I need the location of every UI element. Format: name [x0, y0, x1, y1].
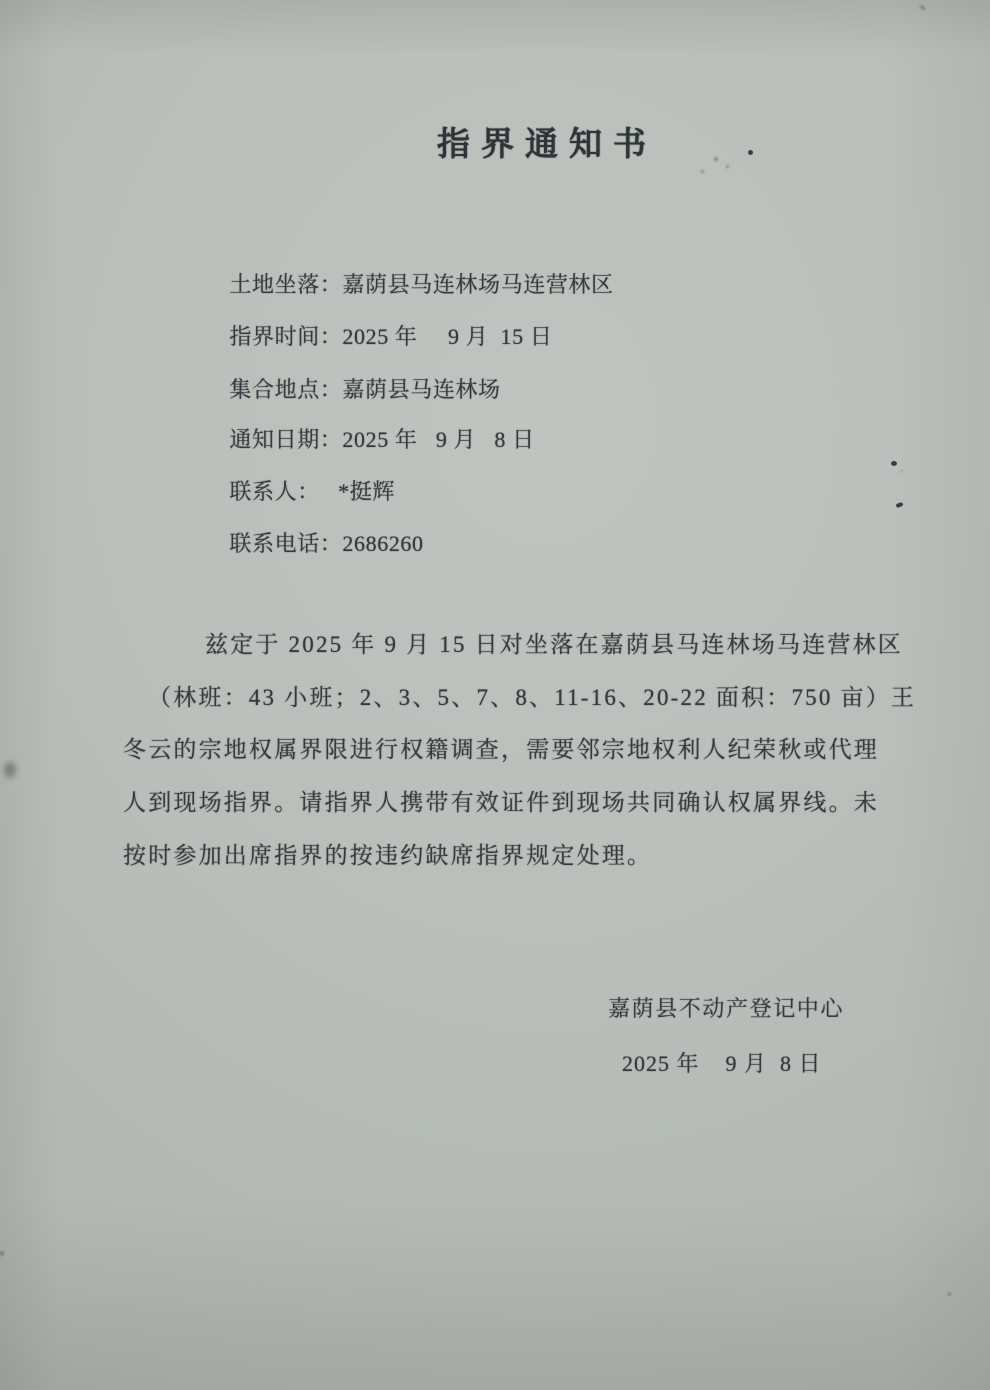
field-boundary-time-label: 指界时间：	[229, 324, 342, 349]
scanned-notice-page: 指界通知书 土地坐落：嘉荫县马连林场马连营林区 指界时间：2025 年 9 月 …	[0, 0, 990, 1390]
ink-speck	[891, 461, 897, 466]
field-boundary-time: 指界时间：2025 年 9 月 15 日	[205, 294, 552, 324]
body-line-4: 人到现场指界。请指界人携带有效证件到现场共同确认权属界线。未	[123, 784, 879, 817]
body-line-3: 冬云的宗地权属界限进行权籍调查，需要邻宗地权利人纪荣秋或代理	[123, 731, 879, 764]
smudge-mark	[4, 762, 16, 778]
field-contact-phone: 联系电话：2686260	[205, 501, 424, 531]
ink-speck	[701, 170, 704, 173]
ink-speck	[726, 165, 729, 168]
body-line-5: 按时参加出席指界的按违约缺席指界规定处理。	[123, 837, 652, 870]
field-contact-person: 联系人： *挺辉	[205, 449, 395, 479]
field-contact-phone-label: 联系电话：	[229, 531, 342, 556]
body-line-2: （林班：43 小班；2、3、5、7、8、11-16、20-22 面积：750 亩…	[148, 679, 916, 712]
ink-speck	[896, 502, 904, 508]
signature-organization: 嘉荫县不动产登记中心	[608, 992, 844, 1023]
ink-speck	[948, 1292, 951, 1296]
field-land-location: 土地坐落：嘉荫县马连林场马连营林区	[205, 242, 614, 272]
ink-speck	[901, 470, 903, 472]
ink-speck	[714, 157, 718, 161]
field-notice-date: 通知日期：2025 年 9 月 8 日	[205, 397, 535, 427]
ink-speck	[748, 150, 753, 155]
field-boundary-time-value: 2025 年 9 月 15 日	[342, 324, 552, 349]
field-meeting-place: 集合地点：嘉荫县马连林场	[205, 347, 501, 377]
ink-speck	[920, 5, 926, 10]
body-line-1: 兹定于 2025 年 9 月 15 日对坐落在嘉荫县马连林场马连营林区	[205, 626, 903, 659]
page-title: 指界通知书	[437, 118, 657, 165]
ink-speck	[0, 1251, 4, 1256]
signature-date: 2025 年 9 月 8 日	[622, 1047, 822, 1078]
field-contact-phone-value: 2686260	[342, 531, 423, 556]
